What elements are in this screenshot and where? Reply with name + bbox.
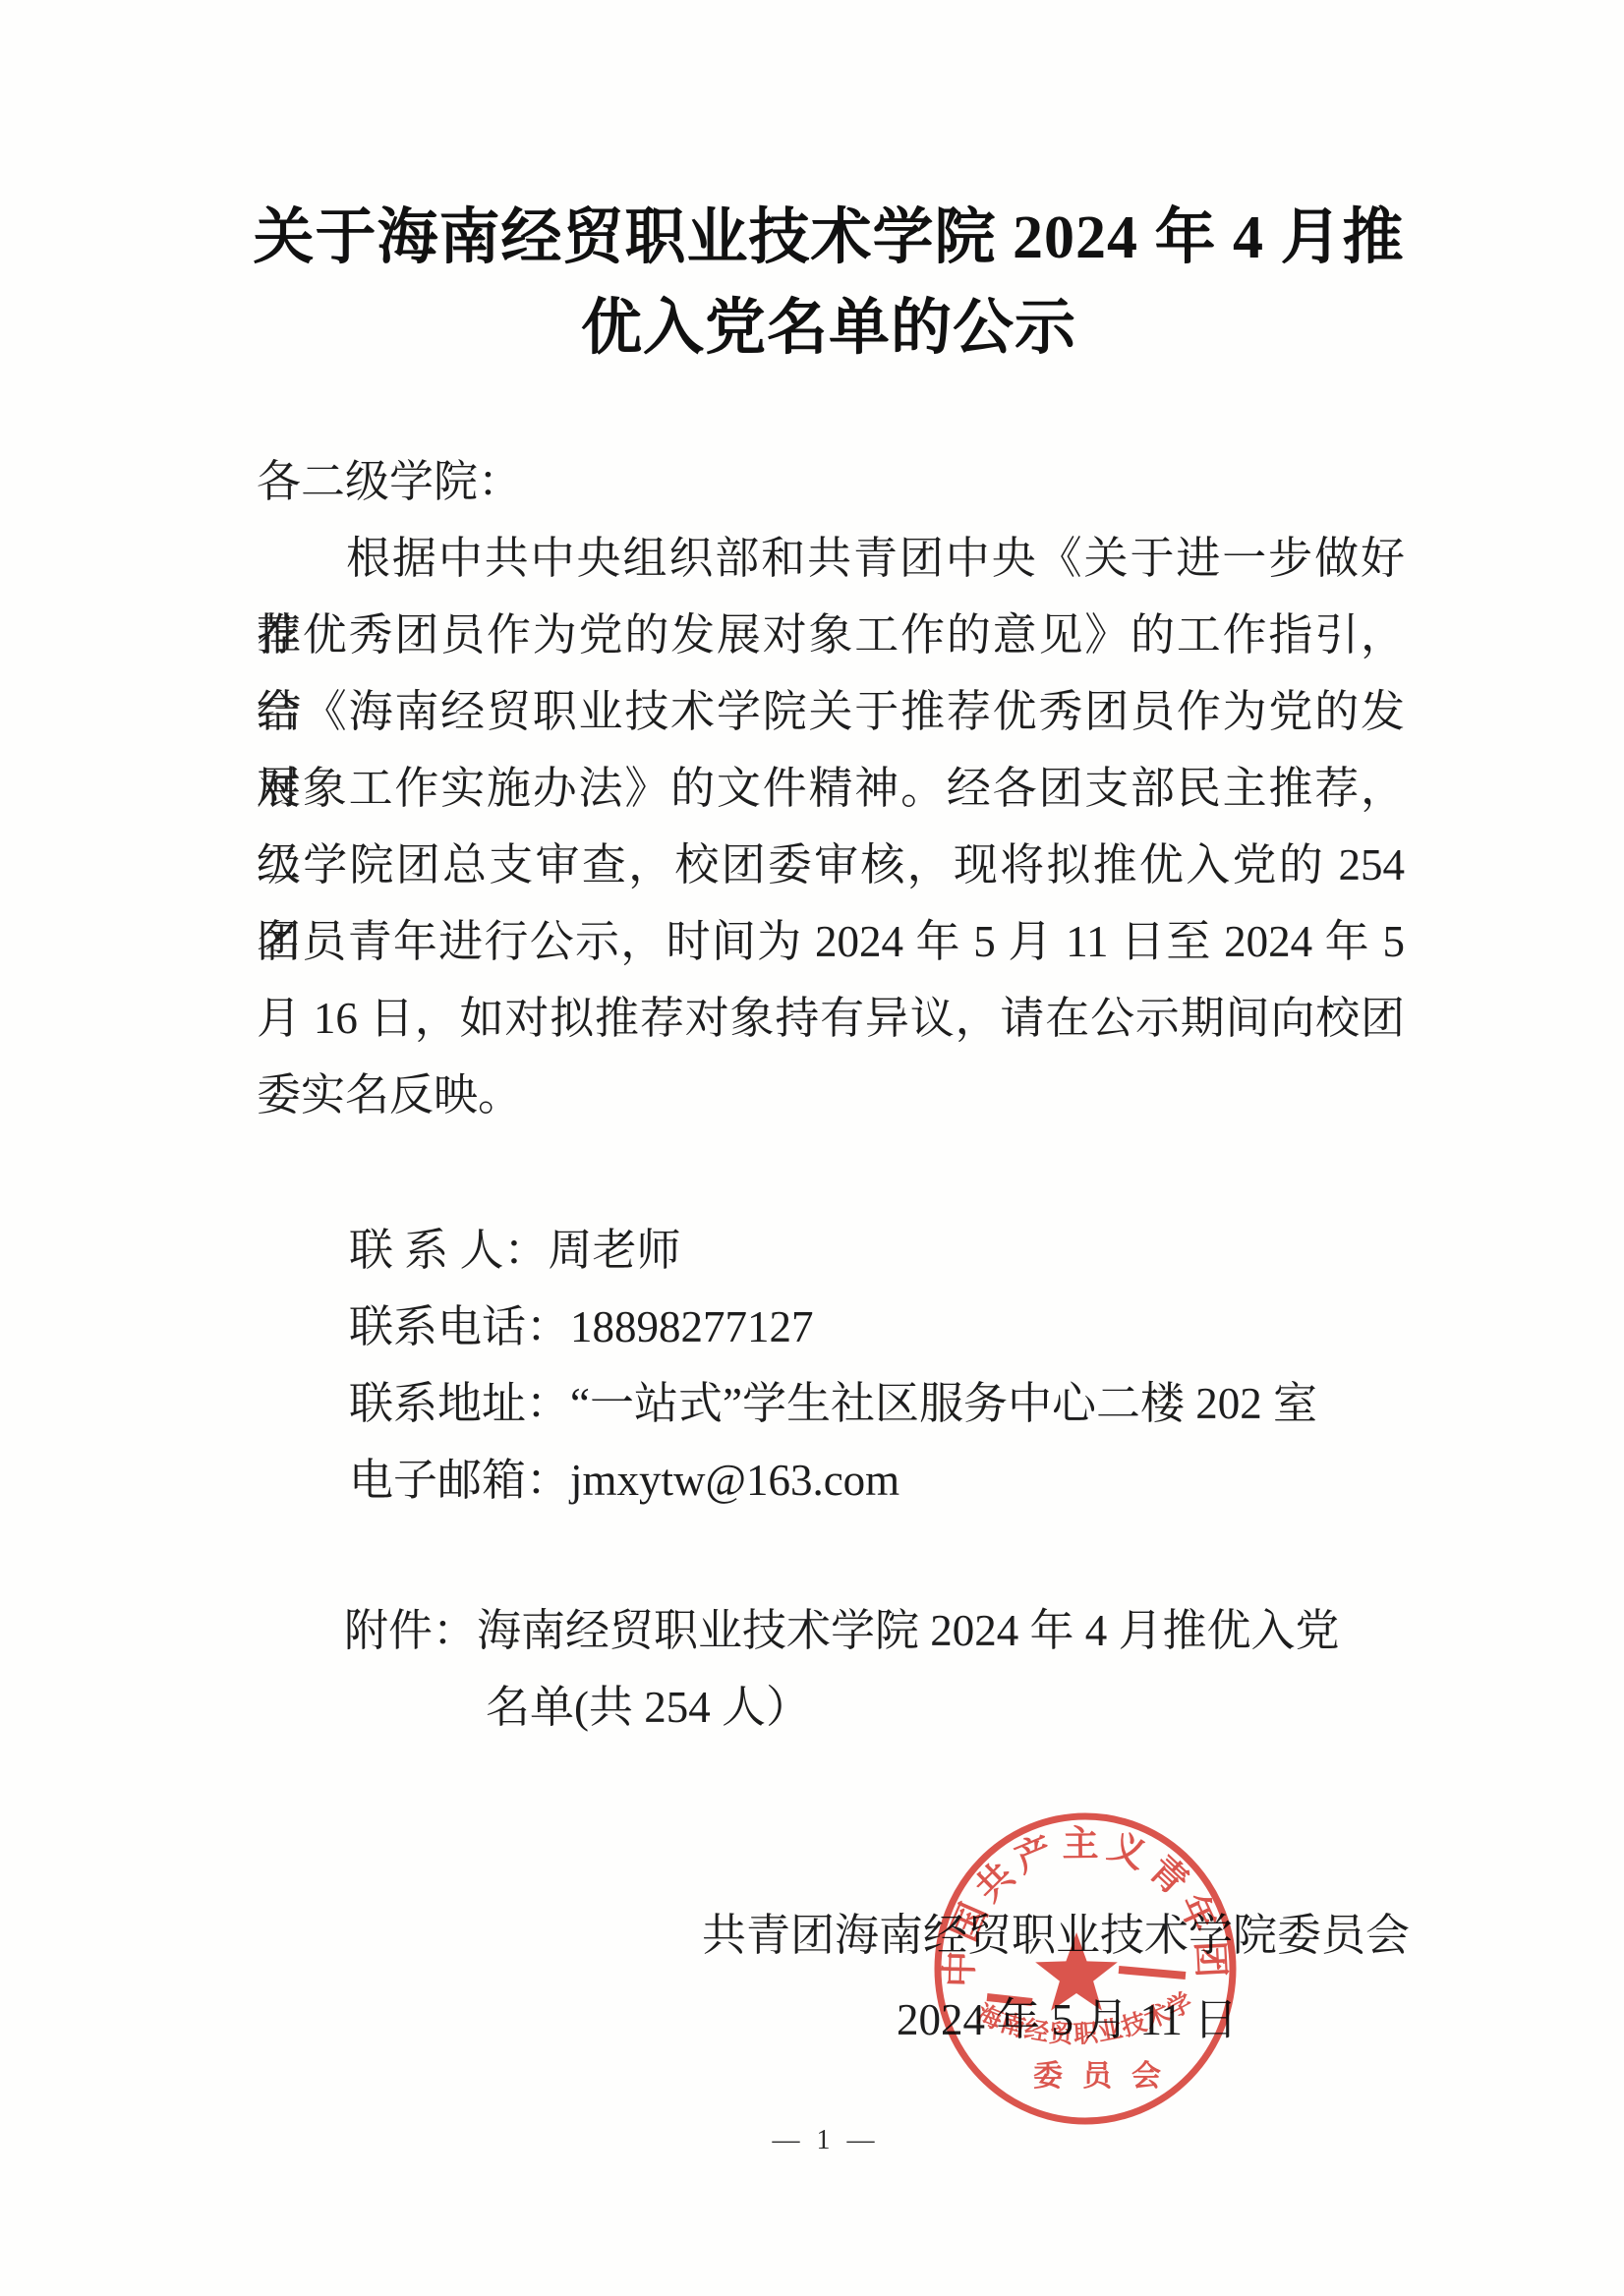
- contact-phone: 联系电话：18898277127: [349, 1289, 1317, 1365]
- contact-address: 联系地址：“一站式”学生社区服务中心二楼 202 室: [349, 1365, 1317, 1442]
- body-line: 委实名反映。: [257, 1057, 1405, 1133]
- title-line-1: 关于海南经贸职业技术学院 2024 年 4 月推: [17, 193, 1624, 283]
- contact-info: 联 系 人：周老师 联系电话：18898277127 联系地址：“一站式”学生社…: [349, 1212, 1317, 1519]
- title-line-2: 优入党名单的公示: [17, 283, 1624, 373]
- contact-email: 电子邮箱：jmxytw@163.com: [349, 1442, 1317, 1519]
- contact-person: 联 系 人：周老师: [349, 1212, 1317, 1289]
- document-page: 关于海南经贸职业技术学院 2024 年 4 月推 优入党名单的公示 各二级学院：…: [0, 0, 1624, 2296]
- seal-left-dash: [987, 1997, 1032, 2002]
- page-number: — 1 —: [0, 2125, 1624, 2156]
- seal-committee-text: 委员会: [1033, 2060, 1181, 2093]
- salutation: 各二级学院：: [257, 443, 1405, 520]
- body-line: 合《海南经贸职业技术学院关于推荐优秀团员作为党的发展: [257, 673, 1405, 750]
- seal-right-dash: [1119, 1970, 1186, 1976]
- body-line: 团员青年进行公示，时间为 2024 年 5 月 11 日至 2024 年 5: [257, 903, 1405, 980]
- attachment-note: 附件：海南经贸职业技术学院 2024 年 4 月推优入党 名单(共 254 人）: [344, 1592, 1340, 1746]
- official-seal: 中国共产主义青年团 海南经贸职业技术学院 委员会: [932, 1810, 1239, 2127]
- attachment-line-2: 名单(共 254 人）: [344, 1669, 1340, 1746]
- seal-star-icon: [1035, 1932, 1118, 2011]
- body-line: 月 16 日，如对拟推荐对象持有异议，请在公示期间向校团: [257, 980, 1405, 1057]
- body-text: 各二级学院： 根据中共中央组织部和共青团中央《关于进一步做好推 荐优秀团员作为党…: [257, 443, 1405, 1133]
- body-line: 根据中共中央组织部和共青团中央《关于进一步做好推: [257, 520, 1405, 597]
- body-line: 对象工作实施办法》的文件精神。经各团支部民主推荐，二: [257, 750, 1405, 827]
- attachment-line-1: 附件：海南经贸职业技术学院 2024 年 4 月推优入党: [344, 1592, 1340, 1669]
- body-line: 级学院团总支审查，校团委审核，现将拟推优入党的 254 名: [257, 827, 1405, 903]
- body-line: 荐优秀团员作为党的发展对象工作的意见》的工作指引，结: [257, 597, 1405, 673]
- document-title: 关于海南经贸职业技术学院 2024 年 4 月推 优入党名单的公示: [17, 193, 1624, 373]
